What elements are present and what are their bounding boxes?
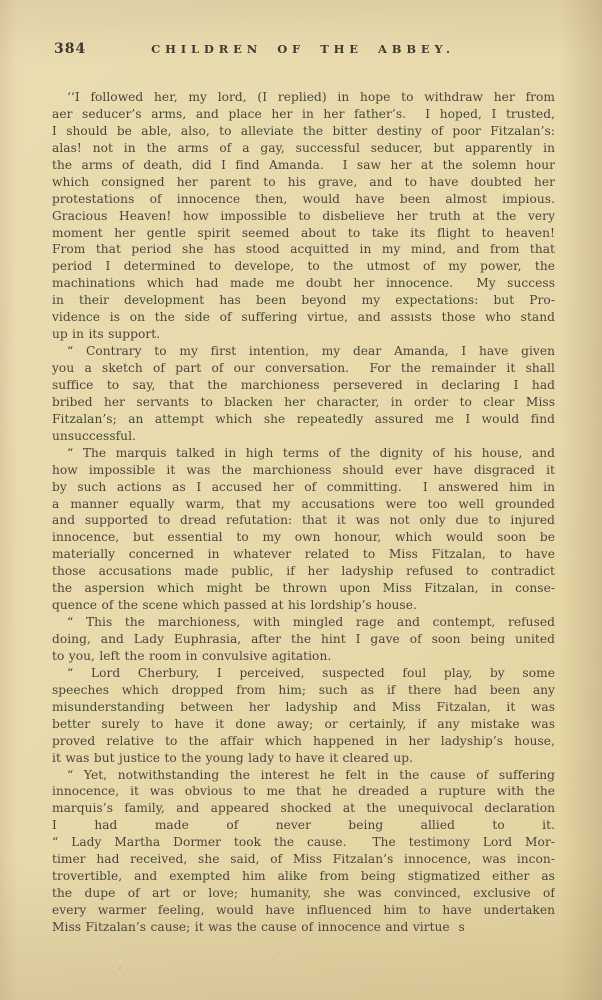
text-line: up in its support. — [52, 326, 555, 343]
text-line: innocence, but essential to my own honou… — [52, 529, 555, 546]
paragraph: ‘‘I followed her, my lord, (I replied) i… — [52, 89, 555, 343]
text-block: ‘‘I followed her, my lord, (I replied) i… — [52, 89, 555, 936]
text-line: marquis’s family, and appeared shocked a… — [52, 800, 555, 817]
text-line: Gracious Heaven! how impossible to disbe… — [52, 208, 555, 225]
text-line: those accusations made public, if her la… — [52, 563, 555, 580]
text-line: every warmer feeling, would have influen… — [52, 902, 555, 919]
page-header: 384 CHILDREN OF THE ABBEY. — [52, 41, 554, 59]
text-line: the arms of death, did I find Amanda. I … — [52, 157, 555, 174]
text-line: machinations which had made me doubt her… — [52, 275, 555, 292]
paragraph: “ This the marchioness, with mingled rag… — [52, 614, 555, 665]
text-line: From that period she has stood acquitted… — [52, 241, 555, 258]
text-line: vidence is on the side of suffering virt… — [52, 309, 555, 326]
text-line: by such actions as I accused her of comm… — [52, 479, 555, 496]
text-line: aer seducer’s arms, and place her in her… — [52, 106, 555, 123]
text-line: I should be able, also, to alleviate the… — [52, 123, 555, 140]
text-line: ‘‘I followed her, my lord, (I replied) i… — [52, 89, 555, 106]
text-line: suffice to say, that the marchioness per… — [52, 377, 555, 394]
text-line: a manner equally warm, that my accusatio… — [52, 496, 555, 513]
paragraph: “ Contrary to my first intention, my dea… — [52, 343, 555, 445]
text-line: innocence, it was obvious to me that he … — [52, 783, 555, 800]
text-line: I had made of never being allied to it. — [52, 817, 555, 834]
text-line: to you, left the room in convulsive agit… — [52, 648, 555, 665]
text-line: unsuccessful. — [52, 428, 555, 445]
paragraph: “ Yet, notwithstanding the interest he f… — [52, 767, 555, 936]
text-line: quence of the scene which passed at his … — [52, 597, 555, 614]
text-line: the dupe of art or love; humanity, she w… — [52, 885, 555, 902]
text-line: “ This the marchioness, with mingled rag… — [52, 614, 555, 631]
paragraph: “ The marquis talked in high terms of th… — [52, 445, 555, 614]
text-line: which consigned her parent to his grave,… — [52, 174, 555, 191]
text-line: and supported to dread refutation: that … — [52, 512, 555, 529]
text-line: Fitzalan’s; an attempt which she repeate… — [52, 411, 555, 428]
text-line: “ Lady Martha Dormer took the cause. The… — [52, 834, 555, 851]
text-line: alas! not in the arms of a gay, successf… — [52, 140, 555, 157]
text-line: better surely to have it done away; or c… — [52, 716, 555, 733]
paragraph: “ Lord Cherbury, I perceived, suspected … — [52, 665, 555, 767]
text-line: “ The marquis talked in high terms of th… — [52, 445, 555, 462]
text-line: misunderstanding between her ladyship an… — [52, 699, 555, 716]
text-line: doing, and Lady Euphrasia, after the hin… — [52, 631, 555, 648]
text-line: bribed her servants to blacken her chara… — [52, 394, 555, 411]
text-line: proved relative to the affair which happ… — [52, 733, 555, 750]
text-line: “ Contrary to my first intention, my dea… — [52, 343, 555, 360]
book-page-scan: 384 CHILDREN OF THE ABBEY. ‘‘I followed … — [0, 0, 602, 1000]
running-title: CHILDREN OF THE ABBEY. — [52, 42, 554, 56]
text-line: “ Lord Cherbury, I perceived, suspected … — [52, 665, 555, 682]
text-line: moment her gentle spirit seemed about to… — [52, 225, 555, 242]
text-line: it was but justice to the young lady to … — [52, 750, 555, 767]
text-line: in their development has been beyond my … — [52, 292, 555, 309]
text-line: materially concerned in whatever related… — [52, 546, 555, 563]
text-line: you a sketch of part of our conversation… — [52, 360, 555, 377]
text-line: protestations of innocence then, would h… — [52, 191, 555, 208]
text-line: timer had received, she said, of Miss Fi… — [52, 851, 555, 868]
text-line: Miss Fitzalan’s cause; it was the cause … — [52, 919, 555, 936]
text-line: “ Yet, notwithstanding the interest he f… — [52, 767, 555, 784]
text-line: the aspersion which might be thrown upon… — [52, 580, 555, 597]
text-line: trovertible, and exempted him alike from… — [52, 868, 555, 885]
text-line: how impossible it was the marchioness sh… — [52, 462, 555, 479]
text-line: period I determined to develope, to the … — [52, 258, 555, 275]
text-line: speeches which dropped from him; such as… — [52, 682, 555, 699]
